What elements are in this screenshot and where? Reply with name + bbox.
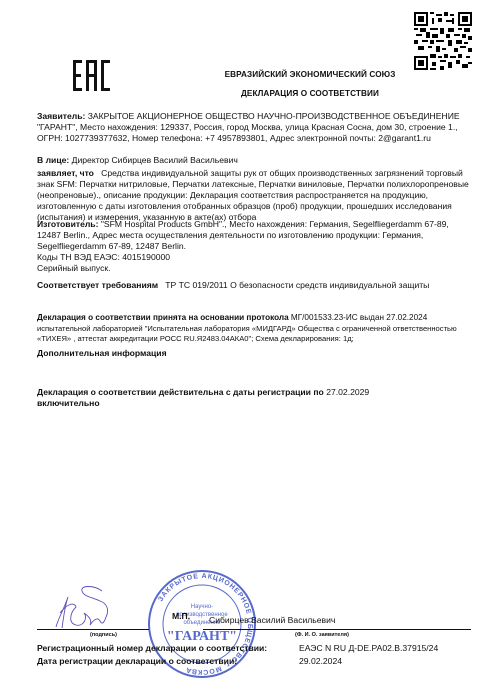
applicant-label: Заявитель: — [37, 111, 85, 121]
applicant-section: Заявитель: ЗАКРЫТОЕ АКЦИОНЕРНОЕ ОБЩЕСТВО… — [37, 111, 472, 144]
validity-suffix: включительно — [37, 398, 100, 408]
signature-caption: (подпись) — [90, 632, 117, 638]
manufacturer-label: Изготовитель: — [37, 219, 98, 229]
requirements-text: ТР ТС 019/2011 О безопасности средств ин… — [165, 280, 429, 290]
svg-text:Научно-: Научно- — [191, 604, 213, 610]
declares-section: заявляет, что Средства индивидуальной за… — [37, 168, 472, 223]
requirements-section: Соответствует требованиям ТР ТС 019/2011… — [37, 280, 472, 291]
validity-label: Декларация о соответствии действительна … — [37, 387, 324, 397]
applicant-text: ЗАКРЫТОЕ АКЦИОНЕРНОЕ ОБЩЕСТВО НАУЧНО-ПРО… — [37, 111, 460, 143]
registration-date-value: 29.02.2024 — [299, 656, 342, 666]
customs-codes: Коды ТН ВЭД ЕАЭС: 4015190000 — [37, 252, 472, 263]
union-title: ЕВРАЗИЙСКИЙ ЭКОНОМИЧЕСКИЙ СОЮЗ — [160, 70, 460, 79]
represented-by-text: Директор Сибирцев Василий Васильевич — [72, 155, 238, 165]
protocol-label: Декларация о соответствии принята на осн… — [37, 313, 289, 322]
signature-scribble — [54, 583, 122, 633]
registration-date-label: Дата регистрации декларации о соответств… — [37, 656, 237, 666]
svg-text:"ГАРАНТ": "ГАРАНТ" — [167, 629, 237, 644]
document-title: ДЕКЛАРАЦИЯ О СООТВЕТСТВИИ — [160, 89, 460, 98]
registration-number-value: ЕАЭС N RU Д-DE.РА02.В.37915/24 — [299, 643, 438, 653]
additional-info-heading: Дополнительная информация — [37, 348, 472, 359]
protocol-number: МГ/001533.23-ИС выдан 27.02.2024 — [291, 313, 427, 322]
stamp-place-mark: М.П. — [172, 611, 190, 621]
signatory-name: Сибирцев Василий Васильевич — [209, 615, 335, 625]
validity-section: Декларация о соответствии действительна … — [37, 387, 437, 409]
serial-production: Серийный выпуск. — [37, 263, 472, 274]
registration-number-label: Регистрационный номер декларации о соотв… — [37, 643, 267, 653]
manufacturer-text: "SFM Hospital Products GmbH"., Место нах… — [37, 219, 449, 251]
signature-line — [37, 629, 149, 630]
requirements-label: Соответствует требованиям — [37, 280, 158, 290]
validity-date: 27.02.2029 — [326, 387, 369, 397]
name-line — [203, 629, 471, 630]
declares-text: Средства индивидуальной защиты рук от об… — [37, 168, 469, 222]
represented-by-label: В лице: — [37, 155, 69, 165]
protocol-section: Декларация о соответствии принята на осн… — [37, 313, 472, 345]
name-caption: (Ф. И. О. заявителя) — [295, 632, 349, 638]
manufacturer-section: Изготовитель: "SFM Hospital Products Gmb… — [37, 219, 472, 252]
protocol-text: испытательной лабораторией "Испытательна… — [37, 324, 457, 344]
qr-code — [414, 12, 472, 70]
declares-label: заявляет, что — [37, 168, 94, 178]
eac-logo: EAC — [72, 60, 112, 94]
represented-by-section: В лице: Директор Сибирцев Василий Василь… — [37, 155, 472, 166]
